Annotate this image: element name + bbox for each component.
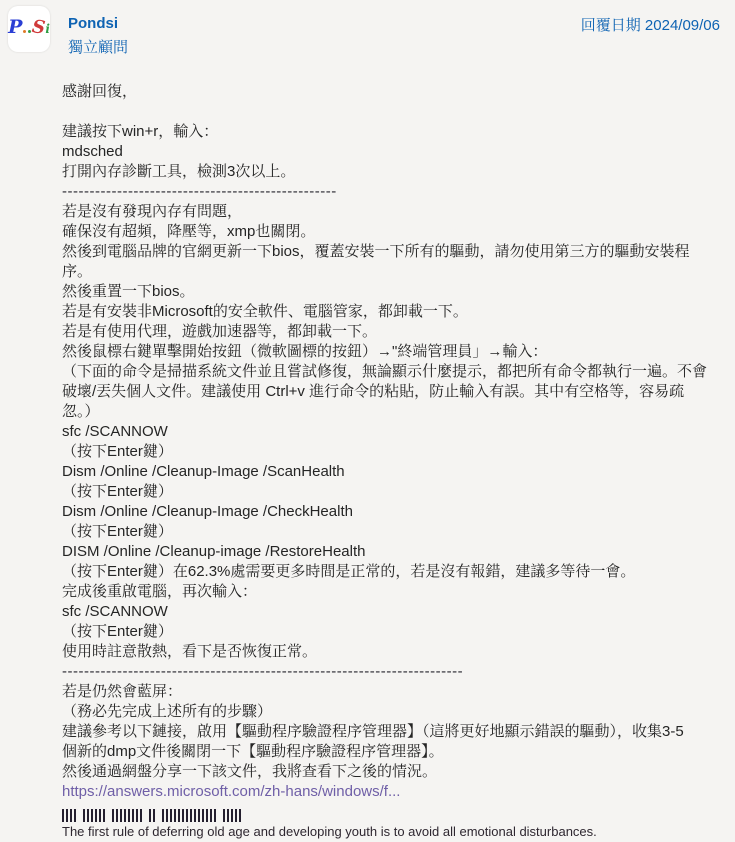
avatar-letter-i: i	[45, 22, 50, 36]
body-line: 若是有使用代理，遊戲加速器等，都卸載一下。	[62, 322, 727, 342]
body-line: （按下Enter鍵）	[62, 442, 727, 462]
signature-tagline: The first rule of deferring old age and …	[62, 824, 597, 840]
reply-date-value: 2024/09/06	[645, 17, 720, 34]
reply-date: 回覆日期 2024/09/06	[581, 16, 720, 36]
body-line: （下面的命令是掃描系統文件並且嘗試修復，無論顯示什麼提示，都把所有命令都執行一遍…	[62, 362, 727, 382]
body-line: 感謝回復，	[62, 82, 727, 102]
separator-line: ----------------------------------------…	[62, 662, 727, 682]
forum-thread-link[interactable]: https://answers.microsoft.com/zh-hans/wi…	[62, 782, 727, 802]
avatar-dot-icon	[23, 30, 26, 33]
body-line: （按下Enter鍵）	[62, 622, 727, 642]
body-line: （按下Enter鍵）	[62, 522, 727, 542]
forum-reply-post: PSi Pondsi 獨立顧問 回覆日期 2024/09/06 感謝回復， 建議…	[0, 0, 735, 842]
avatar[interactable]: PSi	[8, 6, 50, 52]
body-line: sfc /SCANNOW	[62, 602, 727, 622]
body-line: 序。	[62, 262, 727, 282]
body-line: （務必先完成上述所有的步驟）	[62, 702, 727, 722]
body-line: 若是仍然會藍屏：	[62, 682, 727, 702]
body-line: 確保沒有超頻，降壓等，xmp也關閉。	[62, 222, 727, 242]
body-line: 然後通過網盤分享一下該文件，我將查看下之後的情況。	[62, 762, 727, 782]
signature-bar-group	[112, 808, 144, 822]
body-line: 然後到電腦品牌的官網更新一下bios，覆蓋安裝一下所有的驅動，請勿使用第三方的驅…	[62, 242, 727, 262]
body-line: 打開內存診斷工具，檢測3次以上。	[62, 162, 727, 182]
body-line: Dism /Online /Cleanup-Image /ScanHealth	[62, 462, 727, 482]
body-line	[62, 102, 727, 122]
body-line: Dism /Online /Cleanup-Image /CheckHealth	[62, 502, 727, 522]
body-line: mdsched	[62, 142, 727, 162]
body-line: 若是沒有發現內存有問題，	[62, 202, 727, 222]
signature-bar-group	[162, 808, 218, 822]
body-line: 破壞/丟失個人文件。建議使用 Ctrl+v 進行命令的粘貼，防止輸入有誤。其中有…	[62, 382, 727, 402]
body-line: DISM /Online /Cleanup-image /RestoreHeal…	[62, 542, 727, 562]
signature-bar-group	[83, 808, 107, 822]
body-line: 若是有安裝非Microsoft的安全軟件、電腦管家，都卸載一下。	[62, 302, 727, 322]
body-line: sfc /SCANNOW	[62, 422, 727, 442]
body-line: 完成後重啟電腦，再次輸入：	[62, 582, 727, 602]
body-line: 然後鼠標右鍵單擊開始按鈕（微軟圖標的按鈕）→"終端管理員」→輸入：	[62, 342, 727, 362]
body-line: （按下Enter鍵）在62.3%處需要更多時間是正常的，若是沒有報錯，建議多等待…	[62, 562, 727, 582]
body-line: 建議參考以下鏈接，啟用【驅動程序驗證程序管理器】（這將更好地顯示錯誤的驅動），收…	[62, 722, 727, 742]
post-body: 感謝回復， 建議按下win+r，輸入：mdsched打開內存診斷工具，檢測3次以…	[62, 82, 727, 802]
body-line: （按下Enter鍵）	[62, 482, 727, 502]
body-line: 建議按下win+r，輸入：	[62, 122, 727, 142]
signature-bar-group	[223, 808, 243, 822]
signature-bar-group	[62, 808, 78, 822]
avatar-logo: PSi	[8, 16, 50, 40]
user-info: Pondsi 獨立顧問	[68, 14, 128, 58]
avatar-letter-p: P	[8, 16, 22, 38]
avatar-letter-s: S	[31, 16, 47, 40]
signature-barcode-icon	[62, 808, 597, 822]
body-line: 忽。）	[62, 402, 727, 422]
body-line: 個新的dmp文件後關閉一下【驅動程序驗證程序管理器】。	[62, 742, 727, 762]
body-line: 使用時註意散熱，看下是否恢復正常。	[62, 642, 727, 662]
signature-block: The first rule of deferring old age and …	[62, 808, 597, 840]
separator-line: ----------------------------------------…	[62, 182, 727, 202]
user-role-label: 獨立顧問	[68, 38, 128, 58]
signature-bar-group	[149, 808, 157, 822]
reply-date-label: 回覆日期	[581, 17, 641, 34]
username-link[interactable]: Pondsi	[68, 14, 128, 34]
body-line: 然後重置一下bios。	[62, 282, 727, 302]
